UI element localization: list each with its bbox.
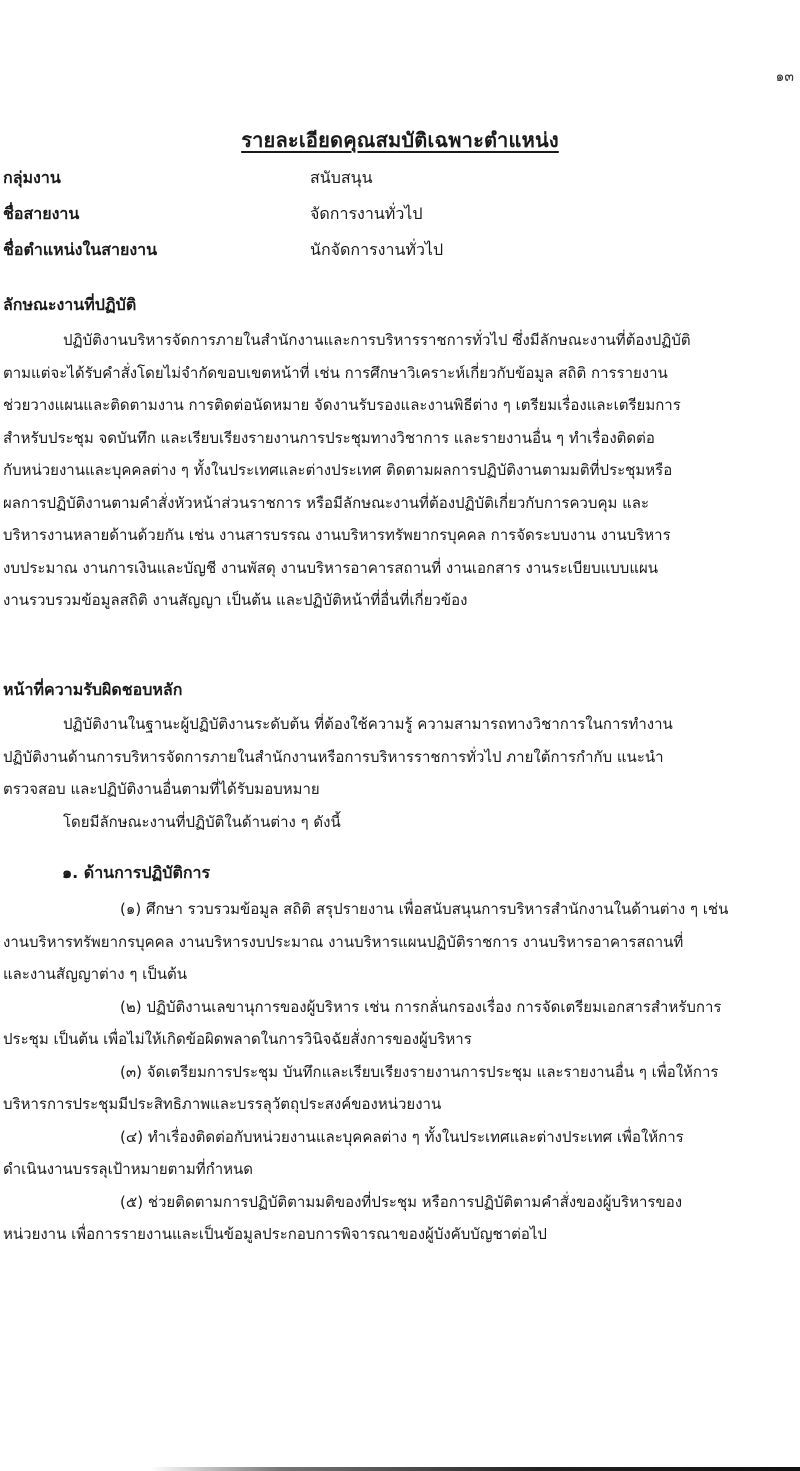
- paragraph-line: ปฏิบัติงานด้านการบริหารจัดการภายในสำนักง…: [3, 741, 800, 774]
- paragraph-line: ตามแต่จะได้รับคำสั่งโดยไม่จำกัดขอบเขตหน้…: [3, 357, 800, 390]
- operations-item-2: (๒) ปฏิบัติงานเลขานุการของผู้บริหาร เช่น…: [3, 991, 800, 1056]
- operations-item-5: (๕) ช่วยติดตามการปฏิบัติตามมติของที่ประช…: [3, 1186, 800, 1251]
- field-job-group: กลุ่มงาน สนับสนุน: [3, 163, 793, 193]
- operations-items: (๑) ศึกษา รวบรวมข้อมูล สถิติ สรุปรายงาน …: [3, 893, 800, 1251]
- scan-edge-shadow: [150, 1467, 800, 1471]
- item-line: ดำเนินงานบรรลุเป้าหมายตามที่กำหนด: [3, 1153, 800, 1186]
- section-operations-heading: ๑. ด้านการปฏิบัติการ: [62, 858, 210, 888]
- item-line: บริหารการประชุมมีประสิทธิภาพและบรรลุวัตถ…: [3, 1088, 800, 1121]
- item-first-line: (๑) ศึกษา รวบรวมข้อมูล สถิติ สรุปรายงาน …: [3, 893, 800, 926]
- paragraph-line: บริหารงานหลายด้านด้วยกัน เช่น งานสารบรรณ…: [3, 519, 800, 552]
- lead-in-line: โดยมีลักษณะงานที่ปฏิบัติในด้านต่าง ๆ ดัง…: [3, 806, 800, 839]
- operations-item-1: (๑) ศึกษา รวบรวมข้อมูล สถิติ สรุปรายงาน …: [3, 893, 800, 991]
- item-line: งานบริหารทรัพยากรบุคคล งานบริหารงบประมาณ…: [3, 926, 800, 959]
- responsibilities-intro: ปฏิบัติงานในฐานะผู้ปฏิบัติงานระดับต้น ที…: [3, 708, 800, 838]
- item-line: และงานสัญญาต่าง ๆ เป็นต้น: [3, 958, 800, 991]
- field-value: นักจัดการงานทั่วไป: [310, 235, 443, 265]
- document-page: ๑๓ รายละเอียดคุณสมบัติเฉพาะตำแหน่ง กลุ่ม…: [0, 0, 800, 1471]
- field-position-name: ชื่อตำแหน่งในสายงาน นักจัดการงานทั่วไป: [3, 235, 793, 265]
- paragraph-line: งบประมาณ งานการเงินและบัญชี งานพัสดุ งาน…: [3, 552, 800, 585]
- item-line: หน่วยงาน เพื่อการรายงานและเป็นข้อมูลประก…: [3, 1218, 800, 1251]
- job-characteristics-heading: ลักษณะงานที่ปฏิบัติ: [3, 290, 136, 320]
- item-first-line: (๒) ปฏิบัติงานเลขานุการของผู้บริหาร เช่น…: [3, 991, 800, 1024]
- paragraph-line: ผลการปฏิบัติงานตามคำสั่งหัวหน้าส่วนราชกา…: [3, 487, 800, 520]
- field-value: สนับสนุน: [310, 163, 373, 193]
- paragraph-line: สำหรับประชุม จดบันทึก และเรียบเรียงรายงา…: [3, 422, 800, 455]
- paragraph-line: งานรวบรวมข้อมูลสถิติ งานสัญญา เป็นต้น แล…: [3, 584, 800, 617]
- page-number: ๑๓: [776, 66, 794, 88]
- paragraph-line: กับหน่วยงานและบุคคลต่าง ๆ ทั้งในประเทศแล…: [3, 454, 800, 487]
- document-title: รายละเอียดคุณสมบัติเฉพาะตำแหน่ง: [0, 124, 800, 156]
- item-first-line: (๓) จัดเตรียมการประชุม บันทึกและเรียบเรี…: [3, 1056, 800, 1089]
- item-first-line: (๔) ทำเรื่องติดต่อกับหน่วยงานและบุคคลต่า…: [3, 1121, 800, 1154]
- job-characteristics-paragraph: ปฏิบัติงานบริหารจัดการภายในสำนักงานและกา…: [3, 324, 800, 617]
- field-line-name: ชื่อสายงาน จัดการงานทั่วไป: [3, 199, 793, 229]
- field-label: ชื่อตำแหน่งในสายงาน: [3, 235, 157, 265]
- paragraph-line: ตรวจสอบ และปฏิบัติงานอื่นตามที่ได้รับมอบ…: [3, 773, 800, 806]
- operations-item-4: (๔) ทำเรื่องติดต่อกับหน่วยงานและบุคคลต่า…: [3, 1121, 800, 1186]
- operations-item-3: (๓) จัดเตรียมการประชุม บันทึกและเรียบเรี…: [3, 1056, 800, 1121]
- field-label: ชื่อสายงาน: [3, 199, 79, 229]
- paragraph-line: ปฏิบัติงานในฐานะผู้ปฏิบัติงานระดับต้น ที…: [3, 708, 800, 741]
- item-first-line: (๕) ช่วยติดตามการปฏิบัติตามมติของที่ประช…: [3, 1186, 800, 1219]
- item-line: ประชุม เป็นต้น เพื่อไม่ให้เกิดข้อผิดพลาด…: [3, 1023, 800, 1056]
- field-label: กลุ่มงาน: [3, 163, 61, 193]
- paragraph-line: ช่วยวางแผนและติดตามงาน การติดต่อนัดหมาย …: [3, 389, 800, 422]
- field-value: จัดการงานทั่วไป: [310, 199, 423, 229]
- responsibilities-heading: หน้าที่ความรับผิดชอบหลัก: [3, 675, 182, 705]
- paragraph-line: ปฏิบัติงานบริหารจัดการภายในสำนักงานและกา…: [3, 324, 800, 357]
